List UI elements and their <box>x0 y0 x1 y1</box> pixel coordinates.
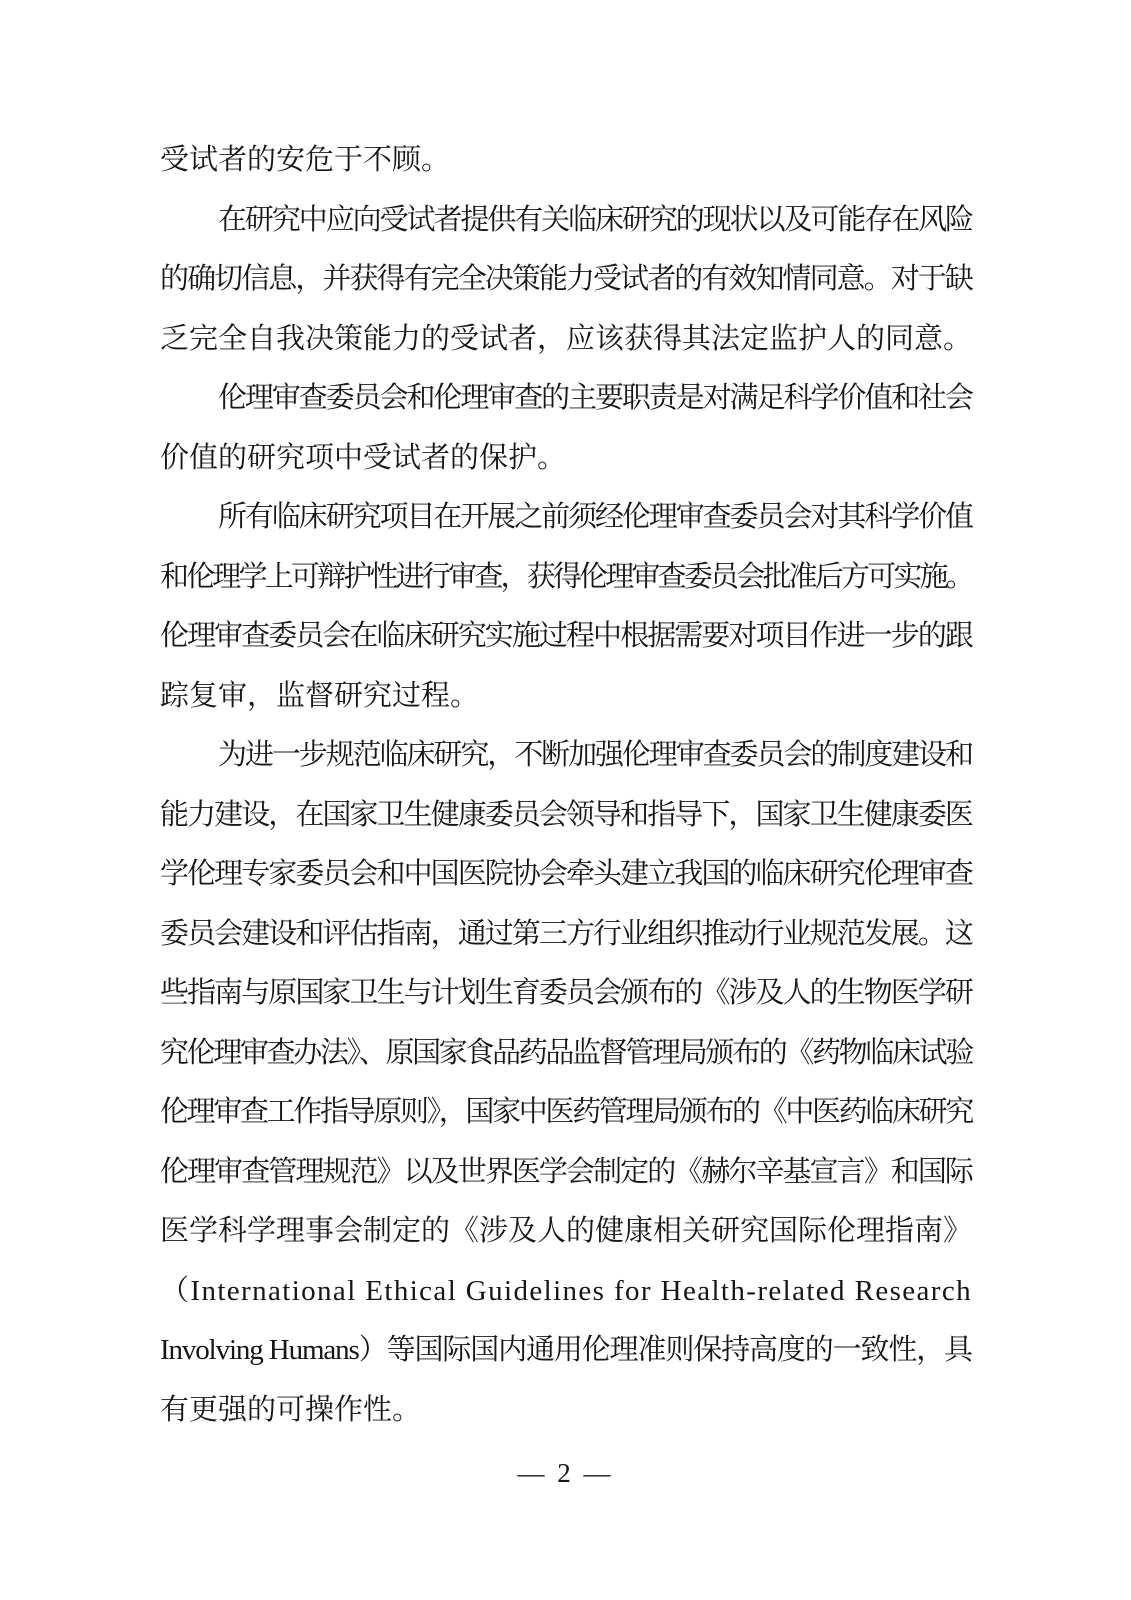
text-line: 究伦理审查办法》、原国家食品药品监督管理局颁布的《药物临床试验 <box>160 1024 972 1084</box>
text-line: 能力建设，在国家卫生健康委员会领导和指导下，国家卫生健康委医 <box>160 786 972 846</box>
text-line: 伦理审查管理规范》以及世界医学会制定的《赫尔辛基宣言》和国际 <box>160 1143 972 1203</box>
text-line: 学伦理专家委员会和中国医院协会牵头建立我国的临床研究伦理审查 <box>160 845 972 905</box>
text-line: 受试者的安危于不顾。 <box>160 131 972 191</box>
text-line: 和伦理学上可辩护性进行审查，获得伦理审查委员会批准后方可实施。 <box>160 548 972 608</box>
text-line: 委员会建设和评估指南，通过第三方行业组织推动行业规范发展。这 <box>160 905 972 965</box>
text-line: 伦理审查委员会和伦理审查的主要职责是对满足科学价值和社会 <box>160 369 972 429</box>
text-line: 些指南与原国家卫生与计划生育委员会颁布的《涉及人的生物医学研 <box>160 964 972 1024</box>
text-line: 踪复审，监督研究过程。 <box>160 667 972 727</box>
text-line: 伦理审查委员会在临床研究实施过程中根据需要对项目作进一步的跟 <box>160 607 972 667</box>
text-line: 有更强的可操作性。 <box>160 1381 972 1441</box>
text-line: Involving Humans）等国际国内通用伦理准则保持高度的一致性，具 <box>160 1321 972 1381</box>
text-line: 乏完全自我决策能力的受试者，应该获得其法定监护人的同意。 <box>160 310 972 370</box>
text-line: 为进一步规范临床研究，不断加强伦理审查委员会的制度建设和 <box>160 726 972 786</box>
text-line: 价值的研究项中受试者的保护。 <box>160 429 972 489</box>
text-line: 所有临床研究项目在开展之前须经伦理审查委员会对其科学价值 <box>160 488 972 548</box>
text-line: 伦理审查工作指导原则》，国家中医药管理局颁布的《中医药临床研究 <box>160 1083 972 1143</box>
body-text: 受试者的安危于不顾。 在研究中应向受试者提供有关临床研究的现状以及可能存在风险 … <box>160 131 972 1440</box>
text-line: （International Ethical Guidelines for He… <box>160 1262 972 1322</box>
document-page: 受试者的安危于不顾。 在研究中应向受试者提供有关临床研究的现状以及可能存在风险 … <box>0 0 1131 1600</box>
page-number: — 2 — <box>0 1458 1131 1489</box>
text-line: 医学科学理事会制定的《涉及人的健康相关研究国际伦理指南》 <box>160 1202 972 1262</box>
text-line: 的确切信息，并获得有完全决策能力受试者的有效知情同意。对于缺 <box>160 250 972 310</box>
text-line: 在研究中应向受试者提供有关临床研究的现状以及可能存在风险 <box>160 191 972 251</box>
